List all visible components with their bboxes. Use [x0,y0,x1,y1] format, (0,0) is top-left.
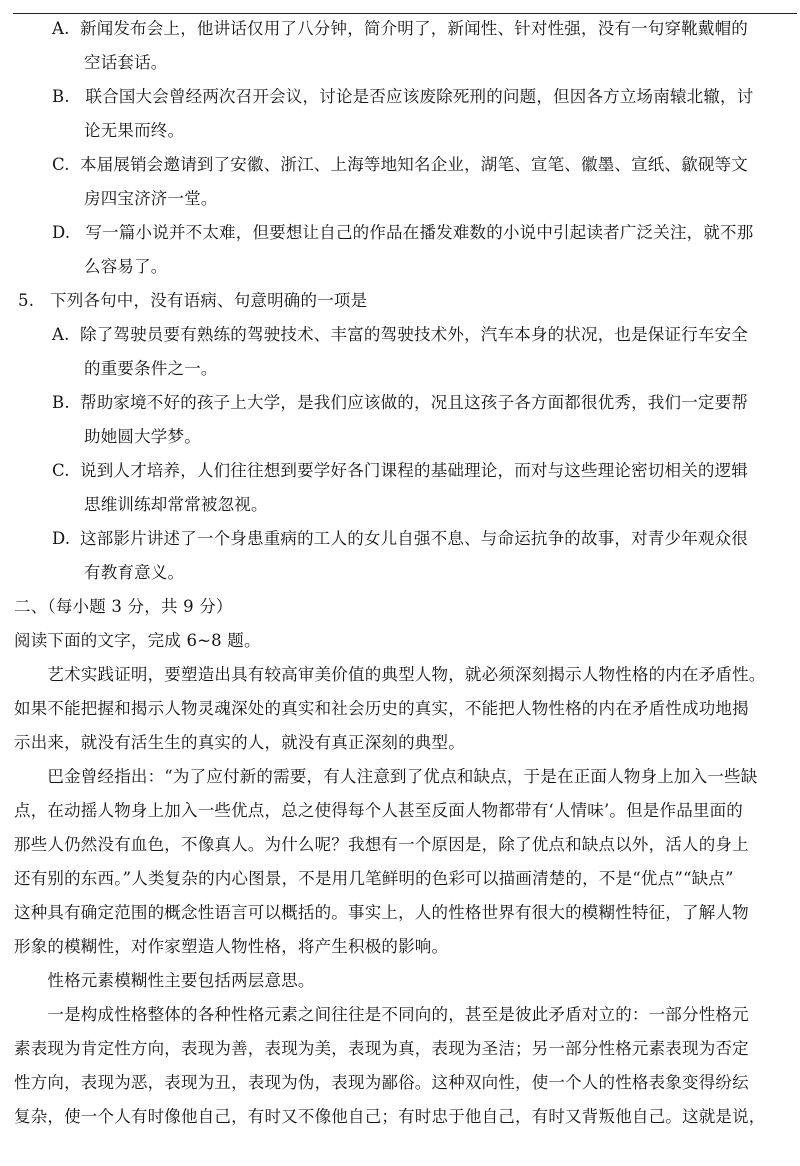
option-label: A. [52,325,80,345]
option-text-continued: 空话套话。 [84,53,168,73]
option-text-continued: 房四宝济济一堂。 [84,189,218,209]
option-text-continued: 思维训练却常常被忽视。 [84,495,268,515]
top-rule [13,13,797,14]
option-text: 写一篇小说并不太难，但要想让自己的作品在播发难数的小说中引起读者广泛关注，就不那 [80,223,753,242]
option-text-continued: 么容易了。 [84,257,168,277]
option-label: C. [52,461,80,481]
option-label: A. [52,19,80,39]
passage-line: 一是构成性格整体的各种性格元素之间往往是不同向的，甚至是彼此矛盾对立的：一部分性… [14,1005,749,1025]
question-stem: 下列各句中，没有语病、句意明确的一项是 [50,291,367,310]
option-text: 本届展销会邀请到了安徽、浙江、上海等地知名企业，湖笔、宣笔、徽墨、宣纸、歙砚等文 [80,155,748,174]
option-text: 除了驾驶员要有熟练的驾驶技术、丰富的驾驶技术外，汽车本身的状况，也是保证行车安全 [80,325,748,344]
option-text: 这部影片讲述了一个身患重病的工人的女儿自强不息、与命运抗争的故事，对青少年观众很 [80,529,748,548]
option-text: 新闻发布会上，他讲话仅用了八分钟，简介明了，新闻性、针对性强，没有一句穿靴戴帽的 [80,19,748,38]
option-label: C. [52,155,80,175]
passage-line: 还有别的东西。”人类复杂的内心图景，不是用几笔鲜明的色彩可以描画清楚的，不是“优… [14,869,734,889]
option-text-continued: 的重要条件之一。 [84,359,218,379]
passage-line: 这种具有确定范围的概念性语言可以概括的。事实上，人的性格世界有很大的模糊性特征，… [14,903,749,923]
passage-line: 形象的模糊性，对作家塑造人物性格，将产生积极的影响。 [14,937,448,957]
passage-line: 巴金曾经指出：“为了应付新的需要，有人注意到了优点和缺点，于是在正面人物身上加入… [14,767,757,787]
passage-line: 性格元素模糊性主要包括两层意思。 [14,971,315,991]
option-label: D. [52,223,80,243]
section-instruction: 阅读下面的文字，完成 6~8 题。 [14,631,261,651]
passage-line: 示出来，就没有活生生的真实的人，就没有真正深刻的典型。 [14,733,465,753]
passage-line: 那些人仍然没有血色，不像真人。为什么呢？我想有一个原因是，除了优点和缺点以外，活… [14,835,749,855]
section-heading: 二、（每小题 3 分，共 9 分） [14,597,233,617]
passage-line: 如果不能把握和揭示人物灵魂深处的真实和社会历史的真实，不能把人物性格的内在矛盾性… [14,699,749,719]
option-text: 联合国大会曾经两次召开会议，讨论是否应该废除死刑的问题，但因各方立场南辕北辙，讨 [80,87,753,106]
option-label: D. [52,529,80,549]
option-text-continued: 论无果而终。 [84,121,184,141]
passage-line: 性方向，表现为恶，表现为丑，表现为伪，表现为鄙俗。这种双向性，使一个人的性格表象… [14,1073,749,1093]
option-label: B. [52,87,80,107]
option-text: 说到人才培养，人们往往想到要学好各门课程的基础理论，而对与这些理论密切相关的逻辑 [80,461,748,480]
passage-line: 艺术实践证明，要塑造出具有较高审美价值的典型人物，就必须深刻揭示人物性格的内在矛… [14,665,766,685]
question-number: 5. [18,291,50,311]
option-text-continued: 有教育意义。 [84,563,184,583]
passage-line: 复杂，使一个人有时像他自己，有时又不像他自己；有时忠于他自己，有时又背叛他自己。… [14,1107,766,1127]
passage-line: 素表现为肯定性方向，表现为善，表现为美，表现为真，表现为圣洁；另一部分性格元素表… [14,1039,749,1059]
passage-line: 点，在动摇人物身上加入一些优点，总之使得每个人甚至反面人物都带有‘人情味’。但是… [14,801,743,821]
option-text-continued: 助她圆大学梦。 [84,427,201,447]
option-text: 帮助家境不好的孩子上大学，是我们应该做的，况且这孩子各方面都很优秀，我们一定要帮 [80,393,748,412]
option-label: B. [52,393,80,413]
